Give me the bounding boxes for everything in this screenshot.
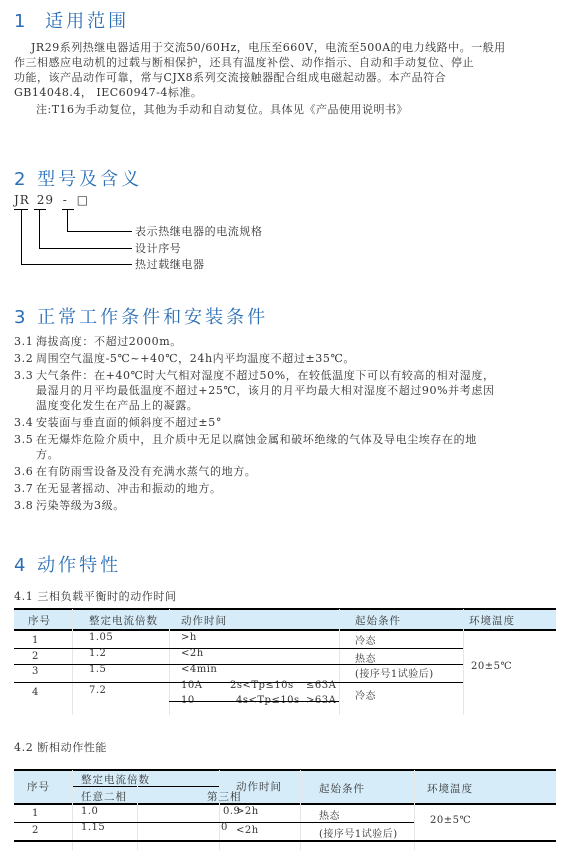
condition-item: 3.4 安装面与垂直面的倾斜度不超过±5° <box>14 415 574 430</box>
section-4-heading: 4 动作特性 <box>14 551 121 577</box>
section-2-heading: 2 型号及含义 <box>14 165 142 191</box>
table-2-header-no: 序号 <box>27 779 50 794</box>
table-2-header-multiple: 整定电流倍数 <box>81 772 150 787</box>
condition-item: 3.5 在无爆炸危险介质中，且介质中无足以腐蚀金属和破坏绝缘的气体及导电尘埃存在… <box>14 432 574 462</box>
paragraph-line: 作三相感应电动机的过载与断相保护，还具有温度补偿、动作指示、自动和手动复位、停止 <box>14 55 574 70</box>
note-line: 注:T16为手动复位，其他为手动和自动复位。具体见《产品使用说明书》 <box>14 102 574 117</box>
table-1-header-condition: 起始条件 <box>355 613 401 628</box>
table-1-header-ambient: 环境温度 <box>469 613 515 628</box>
table-1-header-no: 序号 <box>28 613 51 628</box>
table-1-header-time: 动作时间 <box>181 613 227 628</box>
paragraph-line: JR29系列热继电器适用于交流50/60Hz，电压至660V，电流至500A的电… <box>14 40 574 55</box>
table-2-header-any-two: 任意二相 <box>81 789 127 804</box>
table-1-ambient: 20±5℃ <box>471 661 512 672</box>
table-2-header-condition: 起始条件 <box>319 781 365 796</box>
leader-box-h <box>67 231 132 232</box>
leader-29-h <box>39 248 132 249</box>
condition-item: 3.3 大气条件：在+40℃时大气相对湿度不超过50%，在较低温度下可以有较高的… <box>14 368 574 413</box>
legend-design-number: 设计序号 <box>135 241 181 256</box>
condition-item: 3.1 海拔高度：不超过2000m。 <box>14 334 574 349</box>
table-2-header-ambient: 环境温度 <box>427 781 473 796</box>
condition-item: 3.7 在无显著摇动、冲击和振动的地方。 <box>14 481 574 496</box>
table-2-ambient: 20±5℃ <box>430 815 471 826</box>
table-1-top-border <box>14 608 556 610</box>
model-code: JR 29 - □ <box>14 193 89 207</box>
model-part-design: 29 <box>37 193 54 207</box>
table-2-title: 4.2 断相动作性能 <box>14 740 107 755</box>
underline-box <box>62 209 74 210</box>
condition-item: 3.8 污染等级为3级。 <box>14 498 574 513</box>
table-1-title: 4.1 三相负载平衡时的动作时间 <box>14 589 177 604</box>
model-part-series: JR <box>14 193 30 207</box>
leader-jr-h <box>21 264 132 265</box>
table-2-bottom-border <box>14 840 556 842</box>
section-1-paragraph: JR29系列热继电器适用于交流50/60Hz，电压至660V，电流至500A的电… <box>14 40 574 117</box>
section-3-heading: 3 正常工作条件和安装条件 <box>14 303 268 329</box>
paragraph-line: 功能，该产品动作可靠，常与CJX8系列交流接触器配合组成电磁起动器。本产品符合 <box>14 70 574 85</box>
condition-item: 3.6 在有防雨雪设备及没有充满水蒸气的地方。 <box>14 464 574 479</box>
leader-29-v <box>39 209 40 249</box>
leader-jr-v <box>21 209 22 265</box>
table-2-header-time: 动作时间 <box>236 779 282 794</box>
condition-item: 3.2 周围空气温度-5℃~+40℃，24h内平均温度不超过±35℃。 <box>14 351 574 366</box>
model-part-dash: - <box>63 193 68 207</box>
underline-29 <box>34 209 46 210</box>
table-1-header-border <box>14 629 556 631</box>
leader-box-v <box>67 209 68 231</box>
legend-thermal-relay: 热过载继电器 <box>135 257 205 272</box>
table-1-header-multiple: 整定电流倍数 <box>89 613 158 628</box>
table-2-top-border <box>14 769 556 771</box>
legend-current-rating: 表示热继电器的电流规格 <box>135 224 263 239</box>
conditions-list: 3.1 海拔高度：不超过2000m。 3.2 周围空气温度-5℃~+40℃，24… <box>14 334 574 515</box>
paragraph-line: GB14048.4， IEC60947-4标准。 <box>14 85 574 100</box>
model-part-rating-box: □ <box>77 193 89 207</box>
section-1-heading: 1 适用范围 <box>14 7 129 33</box>
